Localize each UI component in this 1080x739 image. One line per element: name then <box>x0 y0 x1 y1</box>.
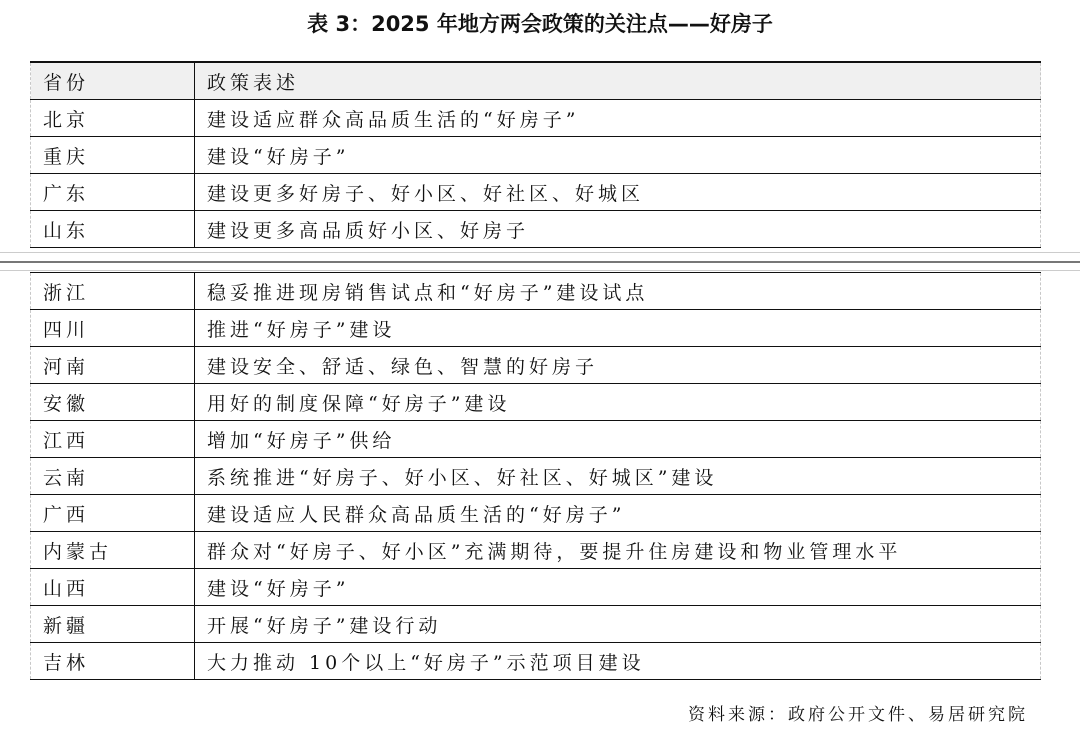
policy-cell: 群众对“好房子、好小区”充满期待，要提升住房建设和物业管理水平 <box>195 532 1041 569</box>
province-cell: 云南 <box>31 458 195 495</box>
policy-table-part1: 省份 政策表述 北京建设适应群众高品质生活的“好房子” 重庆建设“好房子” 广东… <box>30 61 1041 248</box>
province-cell: 安徽 <box>31 384 195 421</box>
policy-table-part2: 浙江稳妥推进现房销售试点和“好房子”建设试点 四川推进“好房子”建设 河南建设安… <box>30 272 1041 680</box>
province-cell: 广东 <box>31 174 195 211</box>
source-note: 资料来源：政府公开文件、易居研究院 <box>688 700 1028 725</box>
province-cell: 内蒙古 <box>31 532 195 569</box>
table-title: 表 3：2025 年地方两会政策的关注点——好房子 <box>0 8 1080 40</box>
policy-cell: 建设更多好房子、好小区、好社区、好城区 <box>195 174 1041 211</box>
policy-cell: 稳妥推进现房销售试点和“好房子”建设试点 <box>195 273 1041 310</box>
province-cell: 浙江 <box>31 273 195 310</box>
policy-cell: 建设适应群众高品质生活的“好房子” <box>195 100 1041 137</box>
policy-cell: 建设“好房子” <box>195 569 1041 606</box>
province-cell: 广西 <box>31 495 195 532</box>
table-row: 北京建设适应群众高品质生活的“好房子” <box>31 100 1041 137</box>
table-row: 四川推进“好房子”建设 <box>31 310 1041 347</box>
table-row: 新疆开展“好房子”建设行动 <box>31 606 1041 643</box>
table-row: 安徽用好的制度保障“好房子”建设 <box>31 384 1041 421</box>
policy-cell: 大力推动 10个以上“好房子”示范项目建设 <box>195 643 1041 680</box>
table-row: 云南系统推进“好房子、好小区、好社区、好城区”建设 <box>31 458 1041 495</box>
policy-cell: 建设安全、舒适、绿色、智慧的好房子 <box>195 347 1041 384</box>
table-row: 江西增加“好房子”供给 <box>31 421 1041 458</box>
table-row: 重庆建设“好房子” <box>31 137 1041 174</box>
policy-cell: 建设更多高品质好小区、好房子 <box>195 211 1041 248</box>
policy-cell: 增加“好房子”供给 <box>195 421 1041 458</box>
policy-cell: 用好的制度保障“好房子”建设 <box>195 384 1041 421</box>
table-row: 广西建设适应人民群众高品质生活的“好房子” <box>31 495 1041 532</box>
province-cell: 吉林 <box>31 643 195 680</box>
table-row: 山西建设“好房子” <box>31 569 1041 606</box>
table-header-row: 省份 政策表述 <box>31 62 1041 100</box>
policy-cell: 建设“好房子” <box>195 137 1041 174</box>
header-policy: 政策表述 <box>195 62 1041 100</box>
policy-cell: 建设适应人民群众高品质生活的“好房子” <box>195 495 1041 532</box>
province-cell: 北京 <box>31 100 195 137</box>
page-break-line <box>0 270 1080 271</box>
province-cell: 山东 <box>31 211 195 248</box>
table-row: 浙江稳妥推进现房销售试点和“好房子”建设试点 <box>31 273 1041 310</box>
table-row: 山东建设更多高品质好小区、好房子 <box>31 211 1041 248</box>
table-row: 内蒙古群众对“好房子、好小区”充满期待，要提升住房建设和物业管理水平 <box>31 532 1041 569</box>
province-cell: 重庆 <box>31 137 195 174</box>
policy-cell: 开展“好房子”建设行动 <box>195 606 1041 643</box>
table-row: 河南建设安全、舒适、绿色、智慧的好房子 <box>31 347 1041 384</box>
header-province: 省份 <box>31 62 195 100</box>
province-cell: 江西 <box>31 421 195 458</box>
page-break-divider <box>0 261 1080 263</box>
page-break-line <box>0 252 1080 253</box>
table-row: 广东建设更多好房子、好小区、好社区、好城区 <box>31 174 1041 211</box>
policy-cell: 推进“好房子”建设 <box>195 310 1041 347</box>
province-cell: 新疆 <box>31 606 195 643</box>
province-cell: 河南 <box>31 347 195 384</box>
policy-cell: 系统推进“好房子、好小区、好社区、好城区”建设 <box>195 458 1041 495</box>
table-row: 吉林大力推动 10个以上“好房子”示范项目建设 <box>31 643 1041 680</box>
province-cell: 山西 <box>31 569 195 606</box>
province-cell: 四川 <box>31 310 195 347</box>
